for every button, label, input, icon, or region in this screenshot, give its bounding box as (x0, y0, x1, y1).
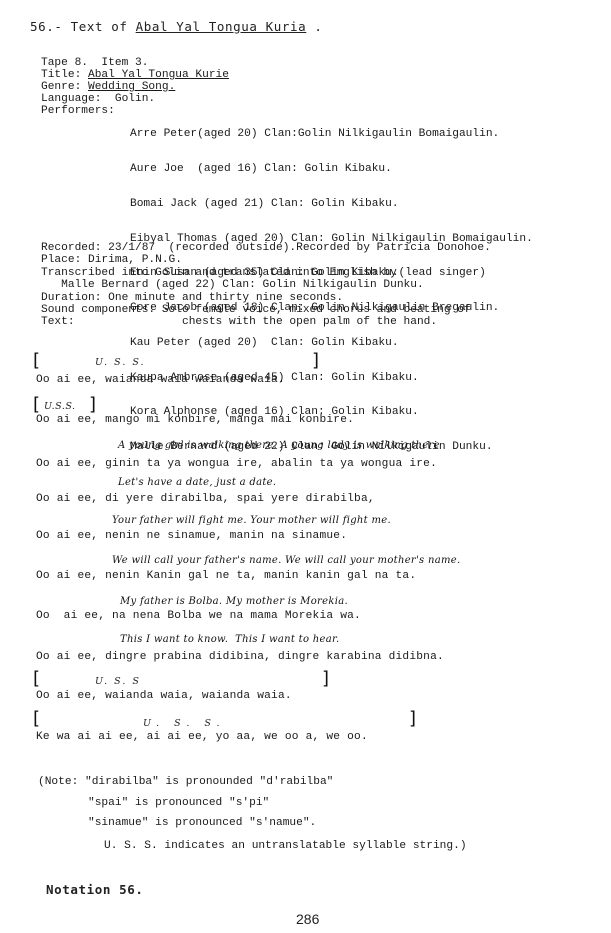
genre-value: Wedding Song. (88, 81, 175, 93)
performer: Aure Joe (aged 16) Clan: Golin Kibaku. (130, 164, 533, 176)
lyric-line: Oo ai ee, nenin ne sinamue, manin na sin… (36, 530, 347, 542)
heading-suffix: . (306, 19, 322, 34)
heading-prefix: 56.- Text of (30, 19, 136, 34)
bracket-open-icon: [ (33, 396, 40, 414)
tape-item: Tape 8. Item 3. (41, 58, 148, 70)
note-line: "spai" is pronounced "s'pi" (88, 797, 269, 809)
lyric-line: Oo ai ee, nenin Kanin gal ne ta, manin k… (36, 570, 416, 582)
duration-line: Duration: One minute and thirty nine sec… (41, 293, 343, 305)
song-title: Abal Yal Tongua Kuria (136, 19, 307, 34)
lyric-gloss: Your father will fight me. Your mother w… (112, 515, 391, 526)
bracket-open-icon: [ (33, 710, 40, 728)
lyric-line: Oo ai ee, di yere dirabilba, spai yere d… (36, 493, 375, 505)
language-line: Language: Golin. (41, 94, 155, 106)
performer: Arre Peter(aged 20) Clan:Golin Nilkigaul… (130, 129, 533, 141)
lyric-line: Oo ai ee, dingre prabina didibina, dingr… (36, 651, 444, 663)
lyric-gloss: This I want to know. This I want to hear… (120, 634, 339, 645)
lyric-line: Oo ai ee, mango mi konbire, manga mai ko… (36, 414, 354, 426)
sound-components-line: Sound components: Solo female voice, mix… (41, 305, 471, 317)
lyric-gloss: My father is Bolba. My mother is Morekia… (120, 596, 348, 607)
place-line: Place: Dirima, P.N.G. (41, 255, 182, 267)
bracket-close-icon: ] (322, 670, 329, 688)
lyric-gloss: U. S. S. (95, 357, 146, 368)
performer: Kau Peter (aged 20) Clan: Golin Kibaku. (130, 338, 533, 350)
lyric-line: Oo ai ee, waianda waia waianda waia. (36, 374, 285, 386)
performers-label: Performers: (41, 106, 115, 118)
genre-label: Genre: (41, 81, 88, 93)
title-value: Abal Yal Tongua Kurie (88, 69, 229, 81)
page-number: 286 (296, 911, 319, 927)
lyric-gloss: U. S. S. (143, 718, 226, 729)
lyric-gloss: Let's have a date, just a date. (118, 477, 276, 488)
lyric-line: Oo ai ee, ginin ta ya wongua ire, abalin… (36, 458, 437, 470)
title-label: Title: (41, 69, 88, 81)
lyric-line: Oo ai ee, waianda waia, waianda waia. (36, 690, 292, 702)
bracket-open-icon: [ (33, 670, 40, 688)
bracket-close-icon: ] (89, 396, 96, 414)
title-line: Title: Abal Yal Tongua Kurie (41, 70, 229, 82)
bracket-close-icon: ] (312, 352, 319, 370)
note-line: (Note: "dirabilba" is pronounded "d'rabi… (38, 776, 333, 788)
genre-line: Genre: Wedding Song. (41, 82, 175, 94)
lyric-gloss: A young girl is walking there. A young l… (118, 440, 440, 451)
performer: Bomai Jack (aged 21) Clan: Golin Kibaku. (130, 199, 533, 211)
sound-components-line-2: Text: chests with the open palm of the h… (41, 317, 437, 329)
transcribed-line-1: Transcribed into Golin and translated in… (41, 268, 397, 280)
notation-label: Notation 56. (46, 882, 144, 897)
section-heading: 56.- Text of Abal Yal Tongua Kuria . (30, 19, 323, 34)
recorded-line: Recorded: 23/1/87 (recorded outside).Rec… (41, 243, 491, 255)
lyric-line: Oo ai ee, na nena Bolba we na mama Morek… (36, 610, 361, 622)
bracket-close-icon: ] (409, 710, 416, 728)
lyric-line: Ke wa ai ai ee, ai ai ee, yo aa, we oo a… (36, 731, 368, 743)
note-line: U. S. S. indicates an untranslatable syl… (104, 840, 467, 852)
lyric-gloss: U. S. S (95, 676, 141, 687)
transcribed-line-2: Malle Bernard (aged 22) Clan: Golin Nilk… (41, 280, 424, 292)
lyric-gloss: We will call your father's name. We will… (112, 555, 460, 566)
lyric-gloss: U.S.S. (44, 401, 76, 412)
note-line: "sinamue" is pronounced "s'namue". (88, 817, 316, 829)
bracket-open-icon: [ (33, 352, 40, 370)
